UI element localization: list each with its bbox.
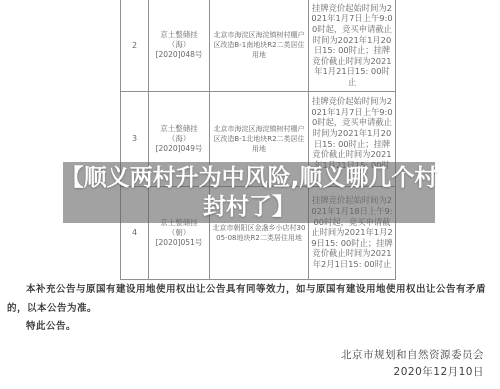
- headline-overlay-band: 【顺义两村升为中风险,顺义哪几个村 封村了】: [63, 162, 435, 223]
- supplement-paragraph: 本补充公告与原国有建设用地使用权出让公告具有同等效力，如与原国有建设用地使用权出…: [7, 281, 488, 318]
- issuer-name: 北京市规划和自然资源委员会: [341, 347, 484, 364]
- doc-number-line: 京土整储挂: [151, 124, 207, 134]
- doc-number-line: （海）: [151, 134, 207, 144]
- cell-row-number: 2: [121, 0, 149, 91]
- cell-auction-time: 挂牌竞价起始时间为2021年1月7日上午9:00时起，竞买申请截止时间为2021…: [309, 0, 396, 91]
- land-auction-table: 2 京土整储挂 （海） [2020]048号 北京市海淀区海淀镇树村棚户区改造B…: [120, 0, 396, 280]
- hereby-announce-note: 特此公告。: [7, 318, 488, 337]
- doc-number-line: （海）: [151, 40, 207, 50]
- issue-date: 2020年12月10日: [341, 364, 484, 381]
- doc-number-line: 京土整储挂: [151, 30, 207, 40]
- headline-line-2: 封村了】: [203, 193, 295, 222]
- signature-block: 北京市规划和自然资源委员会 2020年12月10日: [341, 347, 484, 381]
- cell-document-number: 京土整储挂 （海） [2020]048号: [149, 0, 210, 91]
- footer-paragraph-block: 本补充公告与原国有建设用地使用权出让公告具有同等效力，如与原国有建设用地使用权出…: [7, 281, 488, 337]
- cell-parcel-name: 北京市海淀区海淀镇树村棚户区改造B-1南地块R2二类居住用地: [210, 0, 309, 91]
- doc-number-line: [2020]049号: [151, 144, 207, 154]
- doc-number-line: [2020]051号: [151, 238, 207, 248]
- announcement-page: 2 京土整储挂 （海） [2020]048号 北京市海淀区海淀镇树村棚户区改造B…: [0, 0, 500, 389]
- table-row: 2 京土整储挂 （海） [2020]048号 北京市海淀区海淀镇树村棚户区改造B…: [121, 0, 396, 91]
- doc-number-line: （朝）: [151, 228, 207, 238]
- doc-number-line: [2020]048号: [151, 50, 207, 60]
- headline-line-1: 【顺义两村升为中风险,顺义哪几个村: [61, 164, 438, 193]
